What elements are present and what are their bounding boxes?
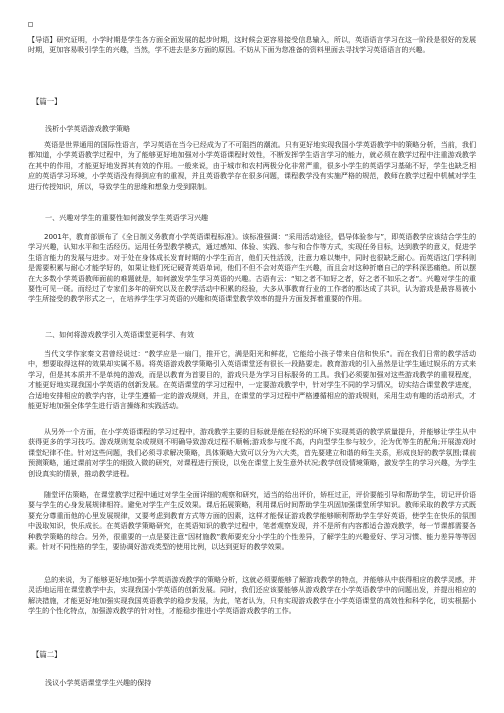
body-paragraph: 总的来说，为了能够更好地加强小学英语游戏教学的策略分析，这就必须要能够了解游戏教… (28, 575, 476, 617)
section-label-2: 【篇二】 (32, 650, 62, 660)
intro-paragraph: 【导语】研究证明，小学时期是学生各方面全面发展的起步时期，这时候会更容易接受信息… (28, 35, 476, 56)
body-paragraph: 随堂评估策略，在课堂教学过程中通过对学生全面详细的观察和研究，适当的给出评价，矫… (28, 490, 476, 552)
body-paragraph: 2001年，教育部颁布了《全日制义务教育小学英语课程标准》。该标准强调：“采用活… (28, 232, 476, 305)
section-label-1: 【篇一】 (32, 97, 62, 107)
article-title-2: 浅议小学英语课堂学生兴趣的保持 (45, 678, 151, 688)
subheading-1: 一、兴趣对学生的重要性如何激发学生英语学习兴趣 (45, 213, 208, 223)
article-title-1: 浅析小学英语游戏教学策略 (45, 124, 130, 134)
bullet-square-icon (28, 22, 33, 27)
body-paragraph: 从另外一个方面，在小学英语课程的学习过程中，游戏教学主要的目标就是能在轻松的环境… (28, 427, 476, 479)
body-paragraph: 英语是世界通用的国际性语言，学习英语在当今已经成为了不可阻挡的潮流。只有更好地实… (28, 140, 476, 192)
body-paragraph: 当代文学作家秦文君曾经说过：“教学应是一扇门，推开它，满是阳光和鲜花，它能给小孩… (28, 349, 476, 411)
subheading-2: 二、如何将游戏教学引入英语课堂更科学、有效 (45, 330, 194, 340)
